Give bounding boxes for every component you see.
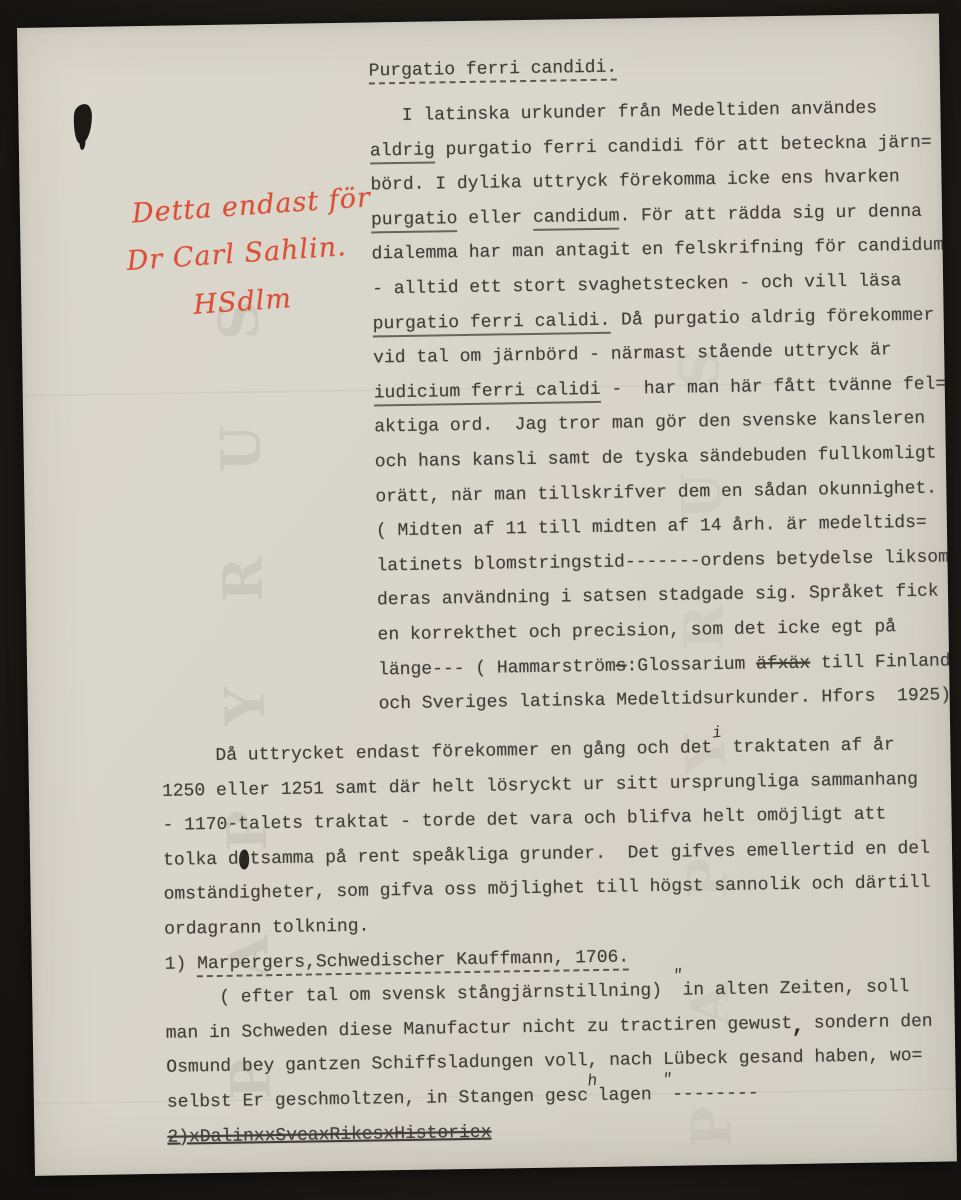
typed-paragraph-indented: I latinska urkunder från Medeltiden anvä… (369, 90, 951, 722)
typed-paragraph-full-width: Då uttrycket endast förekommer en gång o… (161, 728, 934, 1155)
red-annotation-line: Detta endast för (131, 182, 372, 229)
red-annotation-signature: HSdlm (192, 283, 292, 321)
ink-blot (72, 104, 92, 145)
red-annotation-line: Dr Carl Sahlin. (126, 231, 348, 277)
typed-line: Purgatio ferri candidi. (368, 51, 617, 89)
photo-background: { "colors": { "background": "#1d1b17", "… (0, 0, 961, 1200)
paper-sheet: PAPYRUS PAPYRUS Detta endast för Dr Carl… (17, 14, 957, 1176)
document-title: Purgatio ferri candidi. (368, 51, 617, 89)
